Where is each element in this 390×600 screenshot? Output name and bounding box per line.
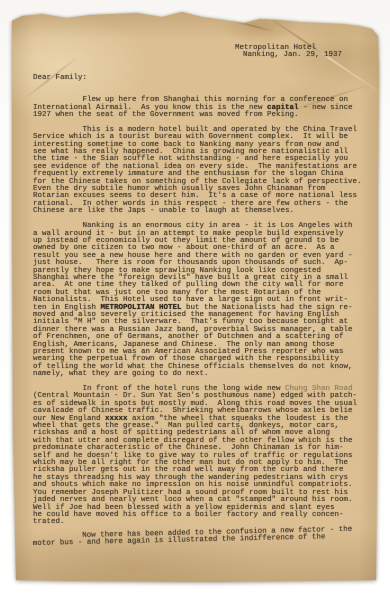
letter-content: Metropolitan Hotel Nanking, Jan. 29, 193… bbox=[33, 27, 367, 556]
paragraph-2: This is a modern hotel built and operate… bbox=[33, 127, 367, 216]
paragraph-5: Now there has been added to the confusio… bbox=[33, 527, 367, 549]
paragraph-4: In front of the hotel runs the long wide… bbox=[33, 386, 367, 527]
text-line: namely, what they are going to do next. bbox=[33, 371, 367, 378]
letter-scan: Metropolitan Hotel Nanking, Jan. 29, 193… bbox=[12, 11, 380, 583]
salutation: Dear Family: bbox=[33, 75, 367, 82]
paragraph-1: Flew up here from Shanghai this morning … bbox=[33, 97, 367, 119]
letter-page: Metropolitan Hotel Nanking, Jan. 29, 193… bbox=[12, 11, 380, 583]
text-line: 1927 when the seat of the Government was… bbox=[33, 112, 367, 119]
paragraph-3: Nanking is an enormous city in area - it… bbox=[33, 223, 367, 379]
text-line: Chinese are like the Japs - unable to la… bbox=[33, 208, 367, 215]
letterhead-dateline: Nanking, Jan. 29, 1937 bbox=[243, 52, 367, 59]
text-line: he could have moved his office to a boil… bbox=[33, 512, 367, 519]
letterhead: Metropolitan Hotel Nanking, Jan. 29, 193… bbox=[235, 45, 367, 60]
letter-body: Flew up here from Shanghai this morning … bbox=[33, 97, 367, 549]
